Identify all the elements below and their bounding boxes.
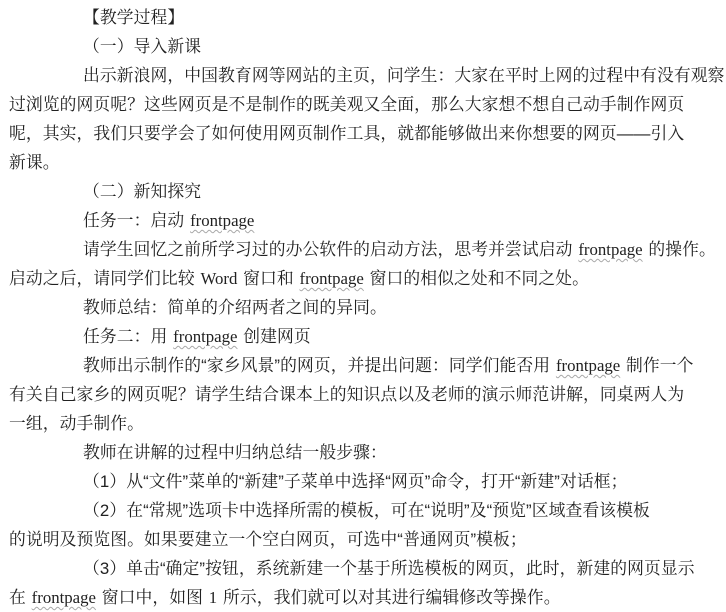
document-page: 【教学过程】（一）导入新课出示新浪网，中国教育网等网站的主页，问学生：大家在平时… <box>0 0 726 612</box>
text-segment: 启动之后，请同学们比较 <box>9 269 199 288</box>
text-line: 出示新浪网，中国教育网等网站的主页，问学生：大家在平时上网的过程中有没有观察 <box>9 61 726 90</box>
text-segment: （1）从“文件”菜单的“新建”子菜单中选择“网页”命令，打开“新建”对话框； <box>83 472 628 491</box>
text-segment: 任务二：用 <box>83 327 172 346</box>
text-segment: 所示，我们就可以对其进行编辑修改等操作。 <box>218 588 560 607</box>
text-segment: 呢，其实，我们只要学会了如何使用网页制作工具，就都能够做出来你想要的网页——引入 <box>9 124 684 143</box>
section-1-heading: （一）导入新课 <box>9 32 726 61</box>
section-2-heading: （二）新知探究 <box>9 177 726 206</box>
text-segment: 出示新浪网，中国教育网等网站的主页，问学生：大家在平时上网的过程中有没有观察 <box>83 66 725 85</box>
misspelled-word: frontpage <box>577 240 643 259</box>
misspelled-word: frontpage <box>189 211 255 230</box>
step-1-line: （1）从“文件”菜单的“新建”子菜单中选择“网页”命令，打开“新建”对话框； <box>9 467 726 496</box>
text-segment: （3）单击“确定”按钮，系统新建一个基于所选模板的网页，此时，新建的网页显示 <box>83 559 695 578</box>
text-line: 启动之后，请同学们比较 Word 窗口和 frontpage 窗口的相似之处和不… <box>9 264 726 293</box>
text-line: 在 frontpage 窗口中，如图 1 所示，我们就可以对其进行编辑修改等操作… <box>9 583 726 612</box>
text-segment: 窗口和 <box>238 269 298 288</box>
text-segment: 教师在讲解的过程中归纳总结一般步骤： <box>83 443 387 462</box>
text-segment: 窗口的相似之处和不同之处。 <box>365 269 589 288</box>
text-line: 有关自己家乡的网页呢？请学生结合课本上的知识点以及老师的演示师范讲解，同桌两人为 <box>9 380 726 409</box>
text-segment: （一）导入新课 <box>83 37 201 56</box>
text-segment: 【教学过程】 <box>83 8 184 27</box>
text-line: 教师在讲解的过程中归纳总结一般步骤： <box>9 438 726 467</box>
latin-word: 1 <box>208 588 218 607</box>
text-line: 过浏览的网页呢？这些网页是不是制作的既美观又全面，那么大家想不想自己动手制作网页 <box>9 90 726 119</box>
text-segment: （2）在“常规”选项卡中选择所需的模板，可在“说明”及“预览”区域查看该模板 <box>83 501 650 520</box>
text-segment: 有关自己家乡的网页呢？请学生结合课本上的知识点以及老师的演示师范讲解，同桌两人为 <box>9 385 684 404</box>
misspelled-word: frontpage <box>555 356 621 375</box>
text-segment: 在 <box>9 588 31 607</box>
latin-word: Word <box>199 269 238 288</box>
document-heading: 【教学过程】 <box>9 3 726 32</box>
text-line: 请学生回忆之前所学习过的办公软件的启动方法，思考并尝试启动 frontpage … <box>9 235 726 264</box>
text-segment: 的说明及预览图。如果要建立一个空白网页，可选中“普通网页”模板； <box>9 530 527 549</box>
text-segment: 创建网页 <box>238 327 310 346</box>
text-line: 呢，其实，我们只要学会了如何使用网页制作工具，就都能够做出来你想要的网页——引入 <box>9 119 726 148</box>
misspelled-word: frontpage <box>299 269 365 288</box>
misspelled-word: frontpage <box>172 327 238 346</box>
text-segment: 请学生回忆之前所学习过的办公软件的启动方法，思考并尝试启动 <box>83 240 577 259</box>
text-segment: 过浏览的网页呢？这些网页是不是制作的既美观又全面，那么大家想不想自己动手制作网页 <box>9 95 684 114</box>
step-3-line: （3）单击“确定”按钮，系统新建一个基于所选模板的网页，此时，新建的网页显示 <box>9 554 726 583</box>
misspelled-word: frontpage <box>31 588 97 607</box>
text-segment: 窗口中，如图 <box>97 588 208 607</box>
text-line: 一组，动手制作。 <box>9 409 726 438</box>
text-segment: 任务一：启动 <box>83 211 189 230</box>
text-segment: 教师总结：简单的介绍两者之间的异同。 <box>83 298 387 317</box>
step-2-line: （2）在“常规”选项卡中选择所需的模板，可在“说明”及“预览”区域查看该模板 <box>9 496 726 525</box>
text-segment: 教师出示制作的“家乡风景”的网页，并提出问题：同学们能否用 <box>83 356 555 375</box>
text-line: 教师出示制作的“家乡风景”的网页，并提出问题：同学们能否用 frontpage … <box>9 351 726 380</box>
text-segment: 的操作。 <box>644 240 716 259</box>
task-2-heading: 任务二：用 frontpage 创建网页 <box>9 322 726 351</box>
text-line: 的说明及预览图。如果要建立一个空白网页，可选中“普通网页”模板； <box>9 525 726 554</box>
text-line: 新课。 <box>9 148 726 177</box>
text-segment: 新课。 <box>9 153 60 172</box>
text-segment: 一组，动手制作。 <box>9 414 144 433</box>
text-line: 教师总结：简单的介绍两者之间的异同。 <box>9 293 726 322</box>
text-segment: （二）新知探究 <box>83 182 201 201</box>
task-1-heading: 任务一：启动 frontpage <box>9 206 726 235</box>
text-segment: 制作一个 <box>621 356 693 375</box>
